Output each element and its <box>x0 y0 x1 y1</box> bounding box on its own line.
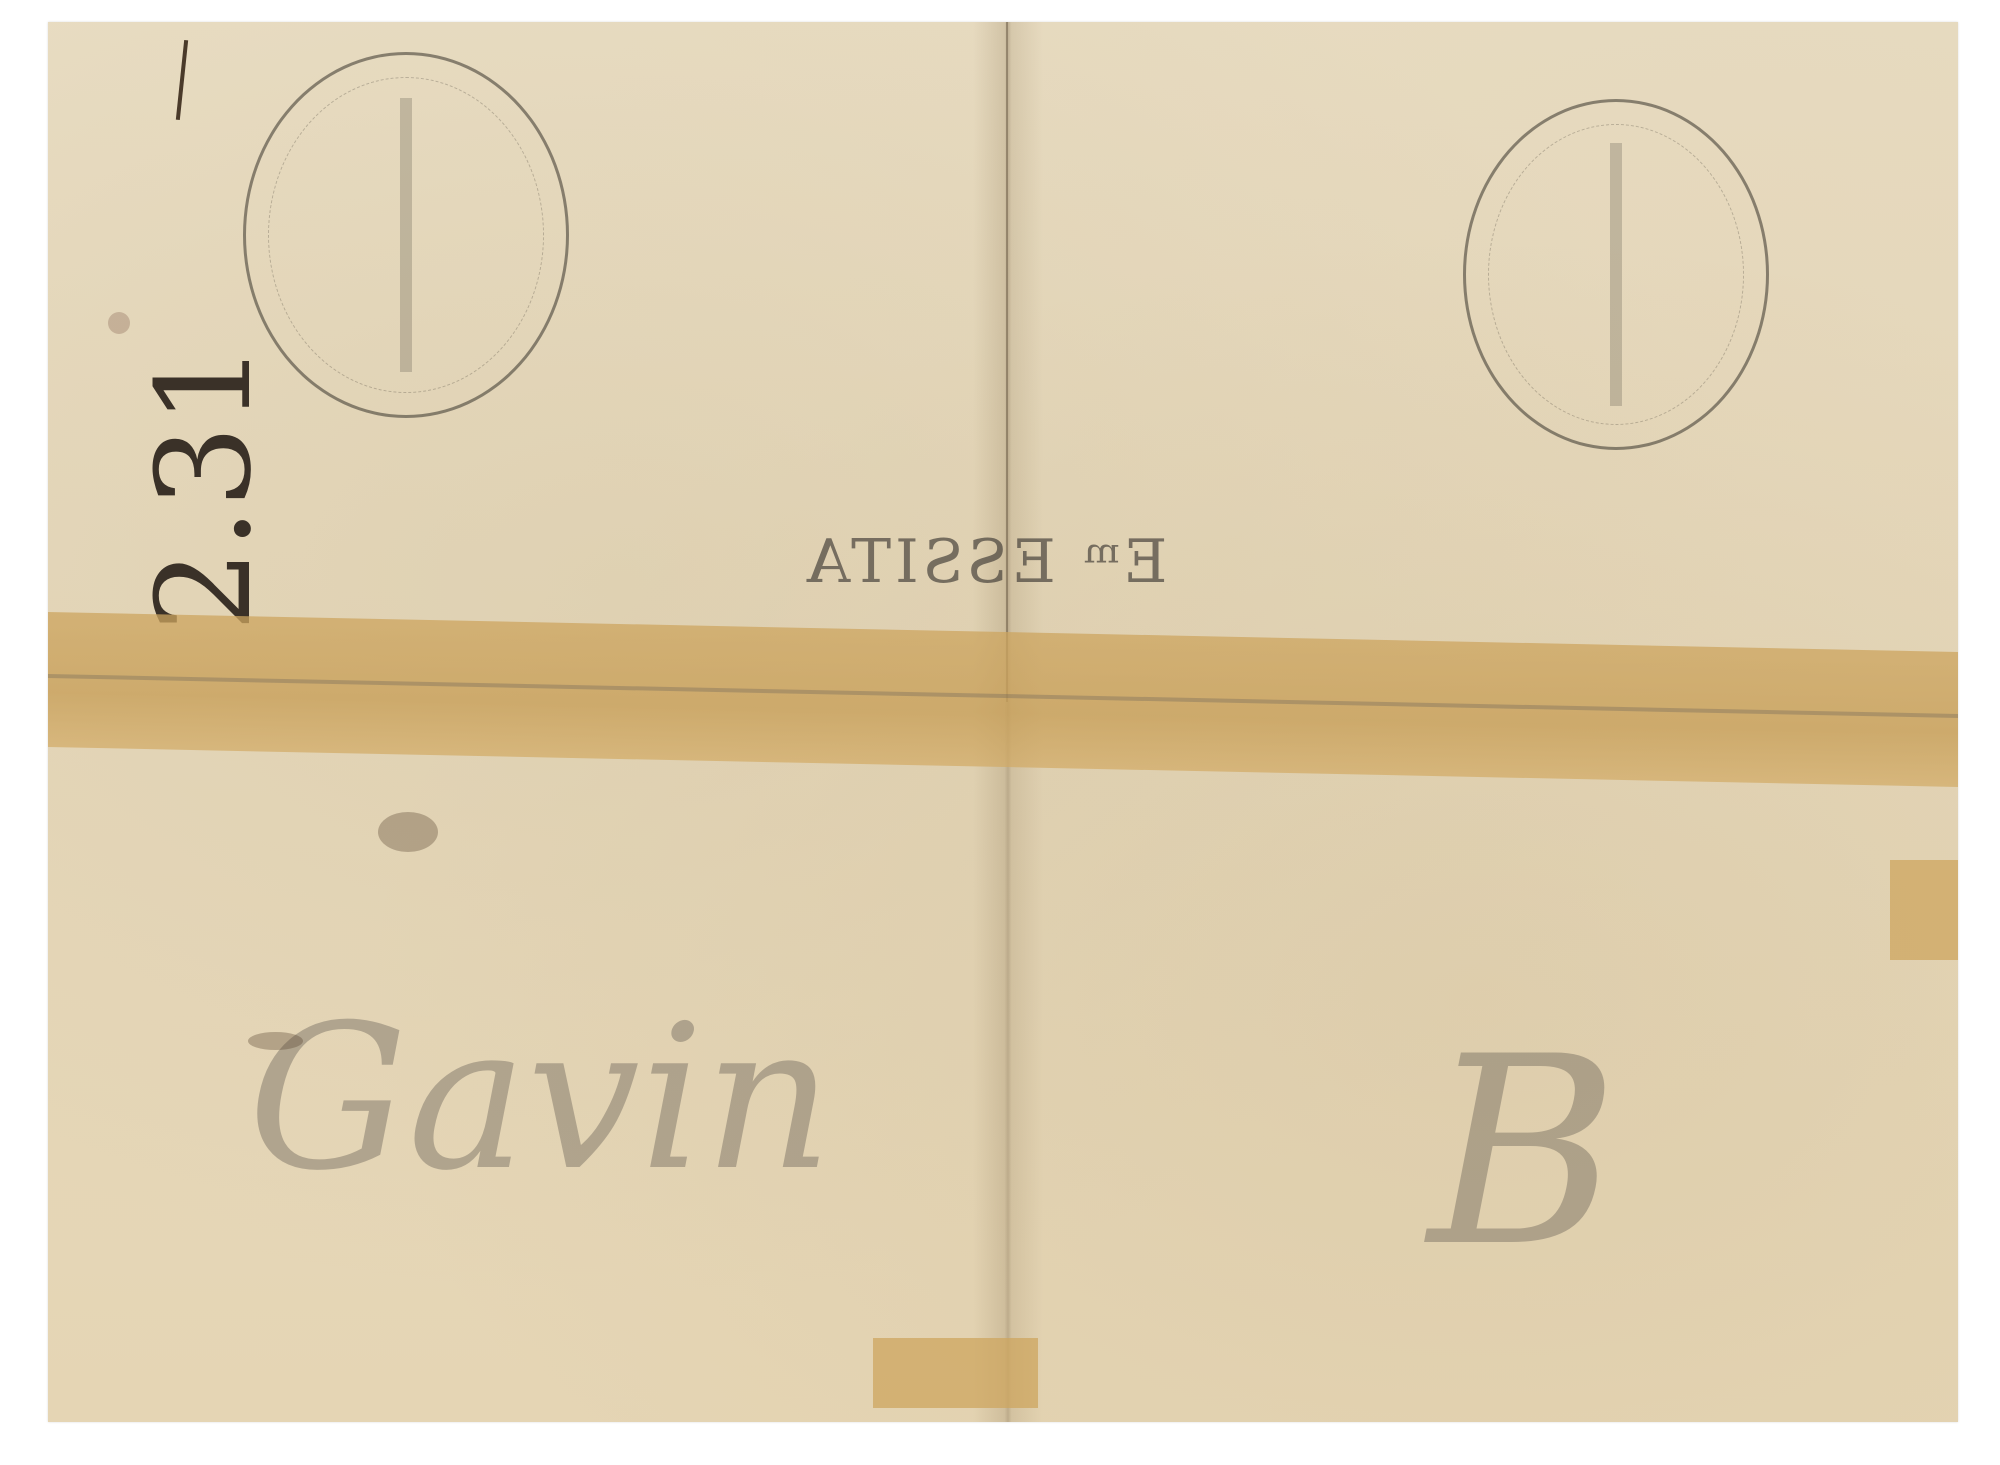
seal-figure <box>1610 143 1622 405</box>
seal-left <box>243 52 569 418</box>
handwritten-number: 2.31 <box>128 343 280 632</box>
ink-tick-mark <box>176 40 188 120</box>
ink-stain <box>378 812 438 852</box>
seal-right <box>1463 99 1769 450</box>
faded-script-letter: B <box>1428 1002 1619 1304</box>
tape-patch-right <box>1890 860 1958 960</box>
tape-patch-bottom <box>873 1338 1038 1408</box>
tape-band <box>48 612 1958 787</box>
seal-figure <box>400 98 413 372</box>
fold-crease <box>1006 22 1008 702</box>
mirrored-print-text: Eᵐ ESSITA <box>803 527 1167 597</box>
ink-stain <box>248 1032 303 1050</box>
paper-note: Eᵐ ESSITA 2.31 Gavin B <box>48 22 1958 1422</box>
faded-script-signature: Gavin <box>248 982 833 1215</box>
ink-stain <box>108 312 130 334</box>
